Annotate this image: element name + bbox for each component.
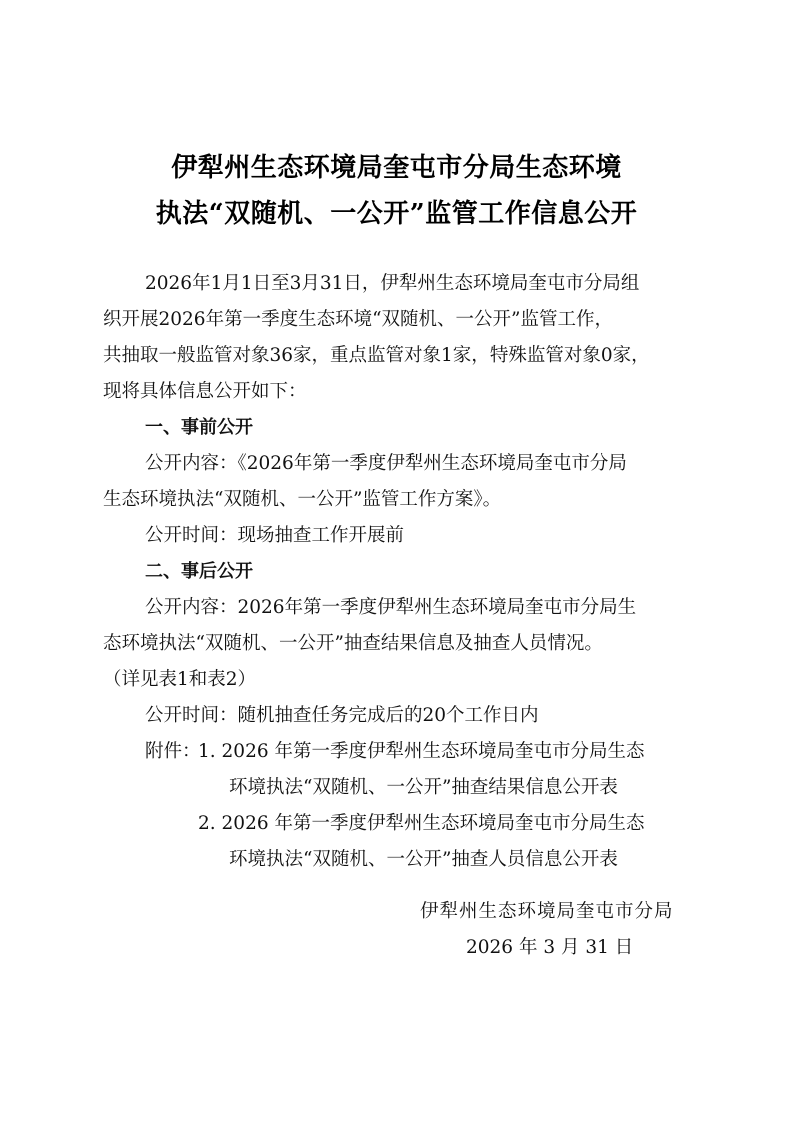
section1-heading: 一、事前公开 [145,416,253,440]
section2-content-line-3: （详见表1和表2） [103,668,256,692]
intro-line-3: 共抽取一般监管对象36家，重点监管对象1家，特殊监管对象0家， [103,344,650,368]
signature-date: 2026 年 3 月 31 日 [466,936,633,960]
section2-heading: 二、事后公开 [145,560,253,584]
section1-content-line-1: 公开内容：《2026年第一季度伊犁州生态环境局奎屯市分局 [145,452,627,476]
intro-line-1: 2026年1月1日至3月31日，伊犁州生态环境局奎屯市分局组 [145,272,639,296]
attachment-1-line-2: 环境执法“双随机、一公开”抽查结果信息公开表 [229,776,618,800]
attachment-2-line-1: 2. 2026 年第一季度伊犁州生态环境局奎屯市分局生态 [198,812,645,836]
attachments-label: 附件： [145,740,201,764]
attachment-2-line-2: 环境执法“双随机、一公开”抽查人员信息公开表 [229,848,618,872]
section2-time: 公开时间：随机抽查任务完成后的20个工作日内 [145,704,539,728]
document-page: 伊犁州生态环境局奎屯市分局生态环境 执法“双随机、一公开”监管工作信息公开 20… [0,0,793,1122]
attachment-1-line-1: 1. 2026 年第一季度伊犁州生态环境局奎屯市分局生态 [198,740,645,764]
signature-org: 伊犁州生态环境局奎屯市分局 [420,900,674,924]
title-line-1: 伊犁州生态环境局奎屯市分局生态环境 [0,147,793,184]
title-line-2: 执法“双随机、一公开”监管工作信息公开 [0,193,793,230]
section1-content-line-2: 生态环境执法“双随机、一公开”监管工作方案》。 [103,488,501,512]
section2-content-line-1: 公开内容：2026年第一季度伊犁州生态环境局奎屯市分局生 [145,596,636,620]
intro-line-2: 织开展2026年第一季度生态环境“双随机、一公开”监管工作， [103,308,613,332]
section2-content-line-2: 态环境执法“双随机、一公开”抽查结果信息及抽查人员情况。 [103,632,603,656]
intro-line-4: 现将具体信息公开如下： [103,380,307,404]
section1-time: 公开时间：现场抽查工作开展前 [145,524,404,548]
